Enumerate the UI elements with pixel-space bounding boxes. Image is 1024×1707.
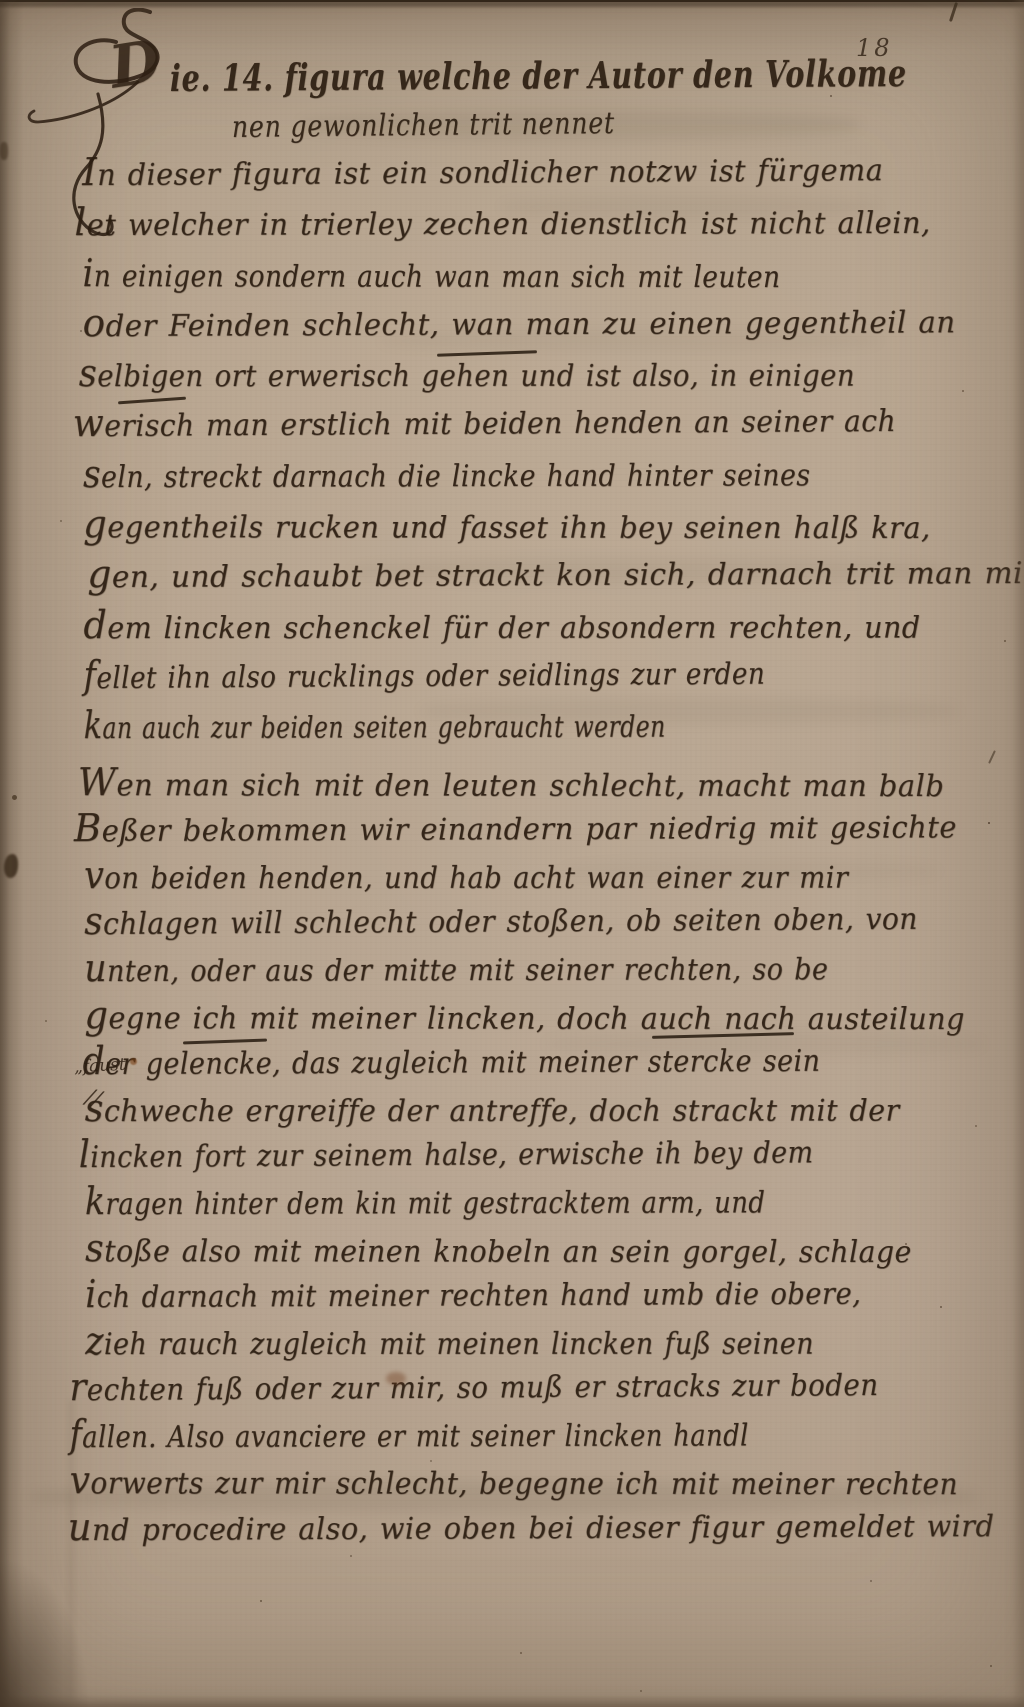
edge-nick — [0, 142, 8, 160]
ink-dot — [12, 795, 17, 800]
manuscript-line-21: lincken fort zur seinem halse, erwische … — [79, 1128, 857, 1180]
manuscript-line-9: gen, und schaubt bet strackt kon sich, d… — [87, 548, 929, 602]
manuscript-line-29: und procedire also, wie oben bei dieser … — [68, 1502, 910, 1552]
manuscript-line-16: schlagen will schlecht oder stoßen, ob s… — [84, 895, 890, 947]
manuscript-line-6: werisch man erstlich mit beiden henden a… — [73, 395, 891, 450]
page-edge-bottom — [0, 1695, 1024, 1707]
manuscript-line-5: selbigen ort erwerisch gehen und ist als… — [79, 350, 871, 401]
heading-line-2: nen gewonlichen trit nennet — [232, 106, 615, 145]
manuscript-line-17: unten, oder aus der mitte mit seiner rec… — [84, 945, 858, 994]
ink-blot — [4, 854, 18, 878]
manuscript-line-10: dem lincken schenckel für der absondern … — [83, 601, 901, 652]
manuscript-line-3: in einigen sondern auch wan man sich mit… — [82, 250, 840, 301]
paper-fiber-specks — [0, 0, 2, 2]
manuscript-line-23: stoße also mit meinen knobeln an sein go… — [85, 1227, 899, 1274]
manuscript-line-1: In dieser figura ist ein sondlicher notz… — [82, 144, 904, 199]
manuscript-line-11: fellet ihn also rucklings oder seidlings… — [83, 647, 835, 702]
manuscript-line-2: let welcher in trierley zechen dienstlic… — [74, 197, 910, 249]
manuscript-line-28: vorwerts zur mir schlecht, begegne ich m… — [70, 1460, 890, 1508]
manuscript-line-27: fallen. Also avanciere er mit seiner lin… — [69, 1411, 823, 1460]
manuscript-line-26: rechten fuß oder zur mir, so muß er stra… — [69, 1361, 877, 1413]
heading-line-1: ie. 14. figura welche der Autor den Volk… — [170, 51, 907, 100]
manuscript-line-7: seln, streckt darnach die lincke hand hi… — [83, 449, 851, 501]
manuscript-line-22: kragen hinter dem kin mit gestracktem ar… — [85, 1178, 827, 1227]
manuscript-line-20: schweche ergreiffe der antreffe, doch st… — [85, 1086, 903, 1133]
pen-tick-right-margin — [988, 750, 996, 764]
heading-initial-letter: D — [105, 26, 165, 101]
manuscript-line-14: Beßer bekommen wir einandern par niedrig… — [74, 804, 914, 854]
manuscript-line-19: der gelencke, das zugleich mit meiner st… — [82, 1037, 858, 1087]
manuscript-line-13: Wen man sich mit den leuten schlecht, ma… — [78, 761, 914, 808]
page-edge-right — [1012, 0, 1024, 1707]
manuscript-line-15: von beiden henden, und hab acht wan eine… — [84, 853, 870, 900]
manuscript-page: D ie. 14. figura welche der Autor den Vo… — [0, 0, 1024, 1707]
manuscript-line-4: oder Feinden schlecht, wan man zu einen … — [83, 296, 919, 350]
manuscript-line-12: kan auch zur beiden seiten gebraucht wer… — [84, 701, 762, 753]
manuscript-line-25: zieh rauch zugleich mit meinen lincken f… — [85, 1319, 859, 1366]
corner-stain — [0, 1557, 90, 1707]
manuscript-line-8: gegentheils rucken und fasset ihn bey se… — [83, 501, 909, 552]
manuscript-body: In dieser figura ist ein sondlicher notz… — [82, 147, 946, 1553]
page-number: 18 — [856, 34, 893, 62]
pen-tick-top-right — [949, 2, 958, 22]
insertion-note: „faust — [74, 1055, 127, 1078]
manuscript-line-24: ich darnach mit meiner rechten hand umb … — [85, 1270, 870, 1320]
